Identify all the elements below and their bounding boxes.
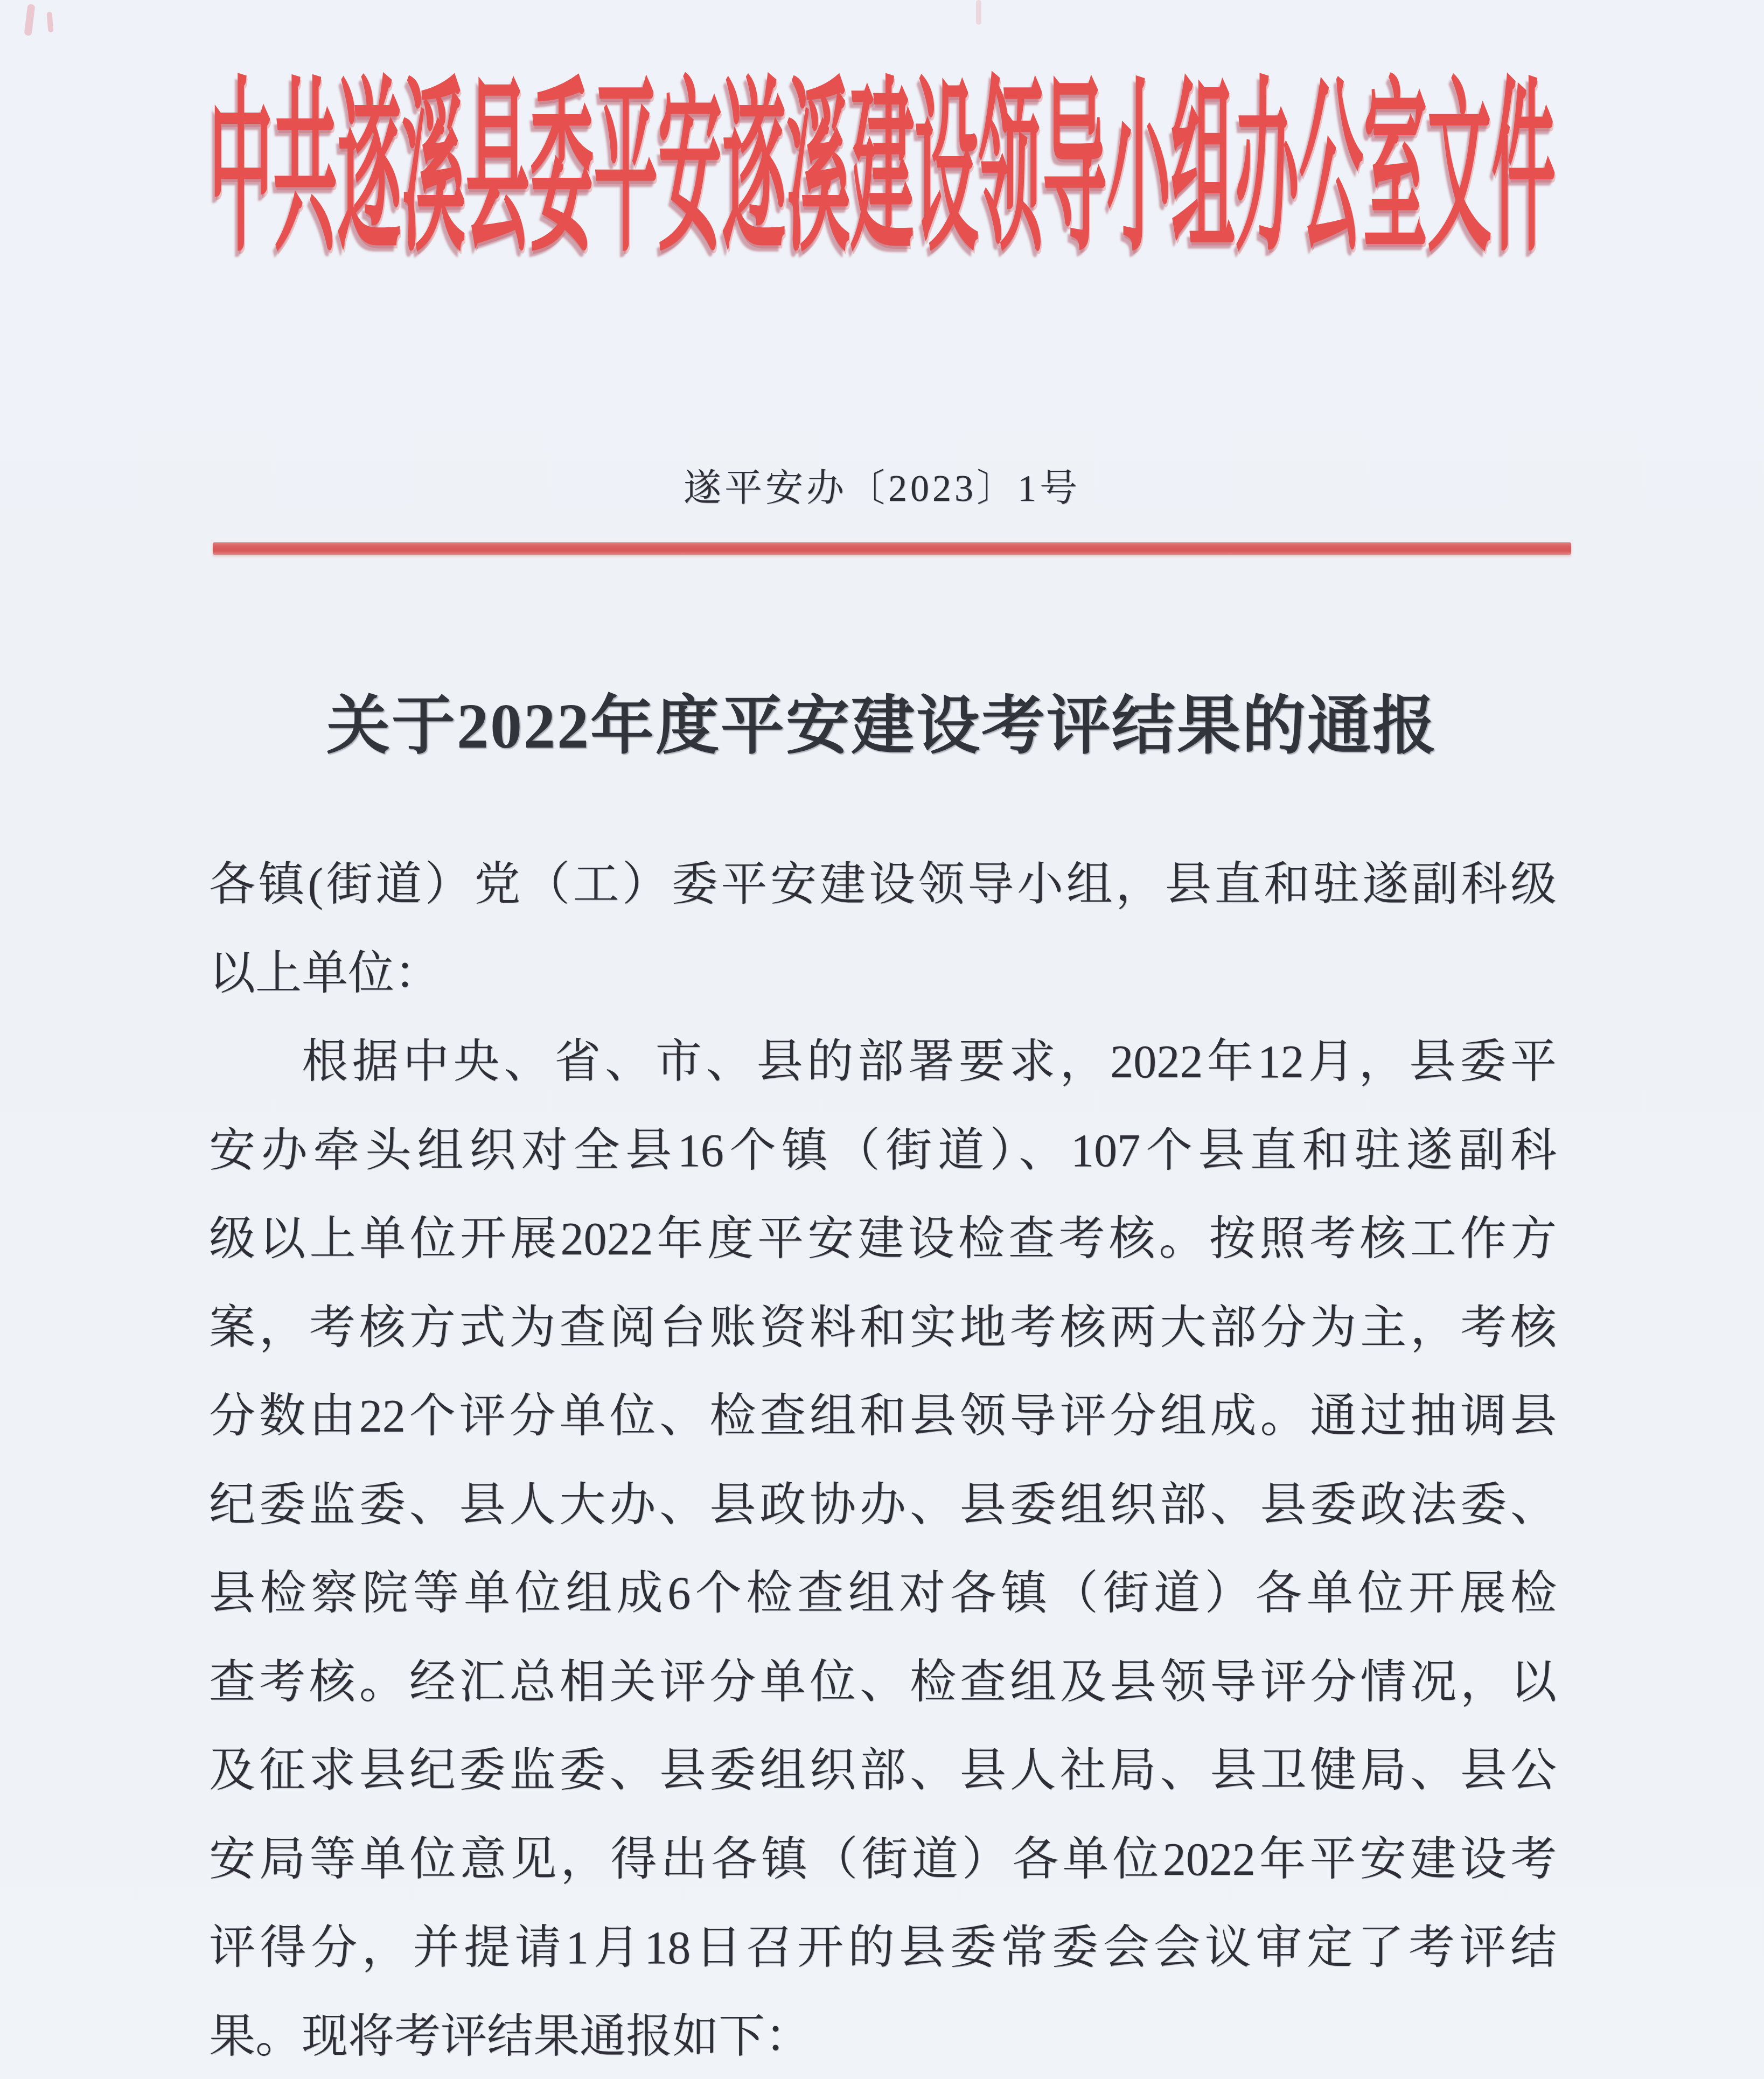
scan-artifact — [46, 12, 53, 33]
body-line: 安办牵头组织对全县16个镇（街道）、107个县直和驻遂副科 — [209, 1106, 1557, 1195]
body-line: 查考核。经汇总相关评分单位、检查组及县领导评分情况，以 — [209, 1638, 1557, 1727]
body-line: 根据中央、省、市、县的部署要求，2022年12月，县委平 — [209, 1017, 1557, 1106]
body-line: 各镇(街道）党（工）委平安建设领导小组，县直和驻遂副科级 — [209, 840, 1557, 929]
body-line: 分数由22个评分单位、检查组和县领导评分组成。通过抽调县 — [209, 1372, 1557, 1461]
red-header-banner: 中共遂溪县委平安遂溪建设领导小组办公室文件 — [209, 75, 1556, 248]
issuing-organization-title: 中共遂溪县委平安遂溪建设领导小组办公室文件 — [209, 75, 1556, 267]
red-separator-line — [213, 542, 1571, 555]
body-line: 级以上单位开展2022年度平安建设检查考核。按照考核工作方 — [209, 1195, 1557, 1283]
body-line: 评得分，并提请1月18日召开的县委常委会会议审定了考评结 — [209, 1903, 1557, 1992]
body-line: 安局等单位意见，得出各镇（街道）各单位2022年平安建设考 — [209, 1815, 1557, 1904]
document-body: 各镇(街道）党（工）委平安建设领导小组，县直和驻遂副科级 以上单位： 根据中央、… — [209, 840, 1557, 2079]
body-line: 纪委监委、县人大办、县政协办、县委组织部、县委政法委、 — [209, 1461, 1557, 1550]
body-line: 及征求县纪委监委、县委组织部、县人社局、县卫健局、县公 — [209, 1726, 1557, 1815]
body-line: 县检察院等单位组成6个检查组对各镇（街道）各单位开展检 — [209, 1549, 1557, 1638]
scanned-official-document-page: 中共遂溪县委平安遂溪建设领导小组办公室文件 遂平安办〔2023〕1号 关于202… — [0, 0, 1764, 2079]
scan-artifact — [976, 0, 981, 25]
body-line: 以上单位： — [209, 929, 1557, 1018]
document-title: 关于2022年度平安建设考评结果的通报 — [0, 674, 1764, 766]
body-line: 果。现将考评结果通报如下： — [209, 1992, 1557, 2079]
scan-artifact — [24, 4, 36, 36]
body-line: 案，考核方式为查阅台账资料和实地考核两大部分为主，考核 — [209, 1283, 1557, 1372]
document-number: 遂平安办〔2023〕1号 — [0, 458, 1764, 512]
